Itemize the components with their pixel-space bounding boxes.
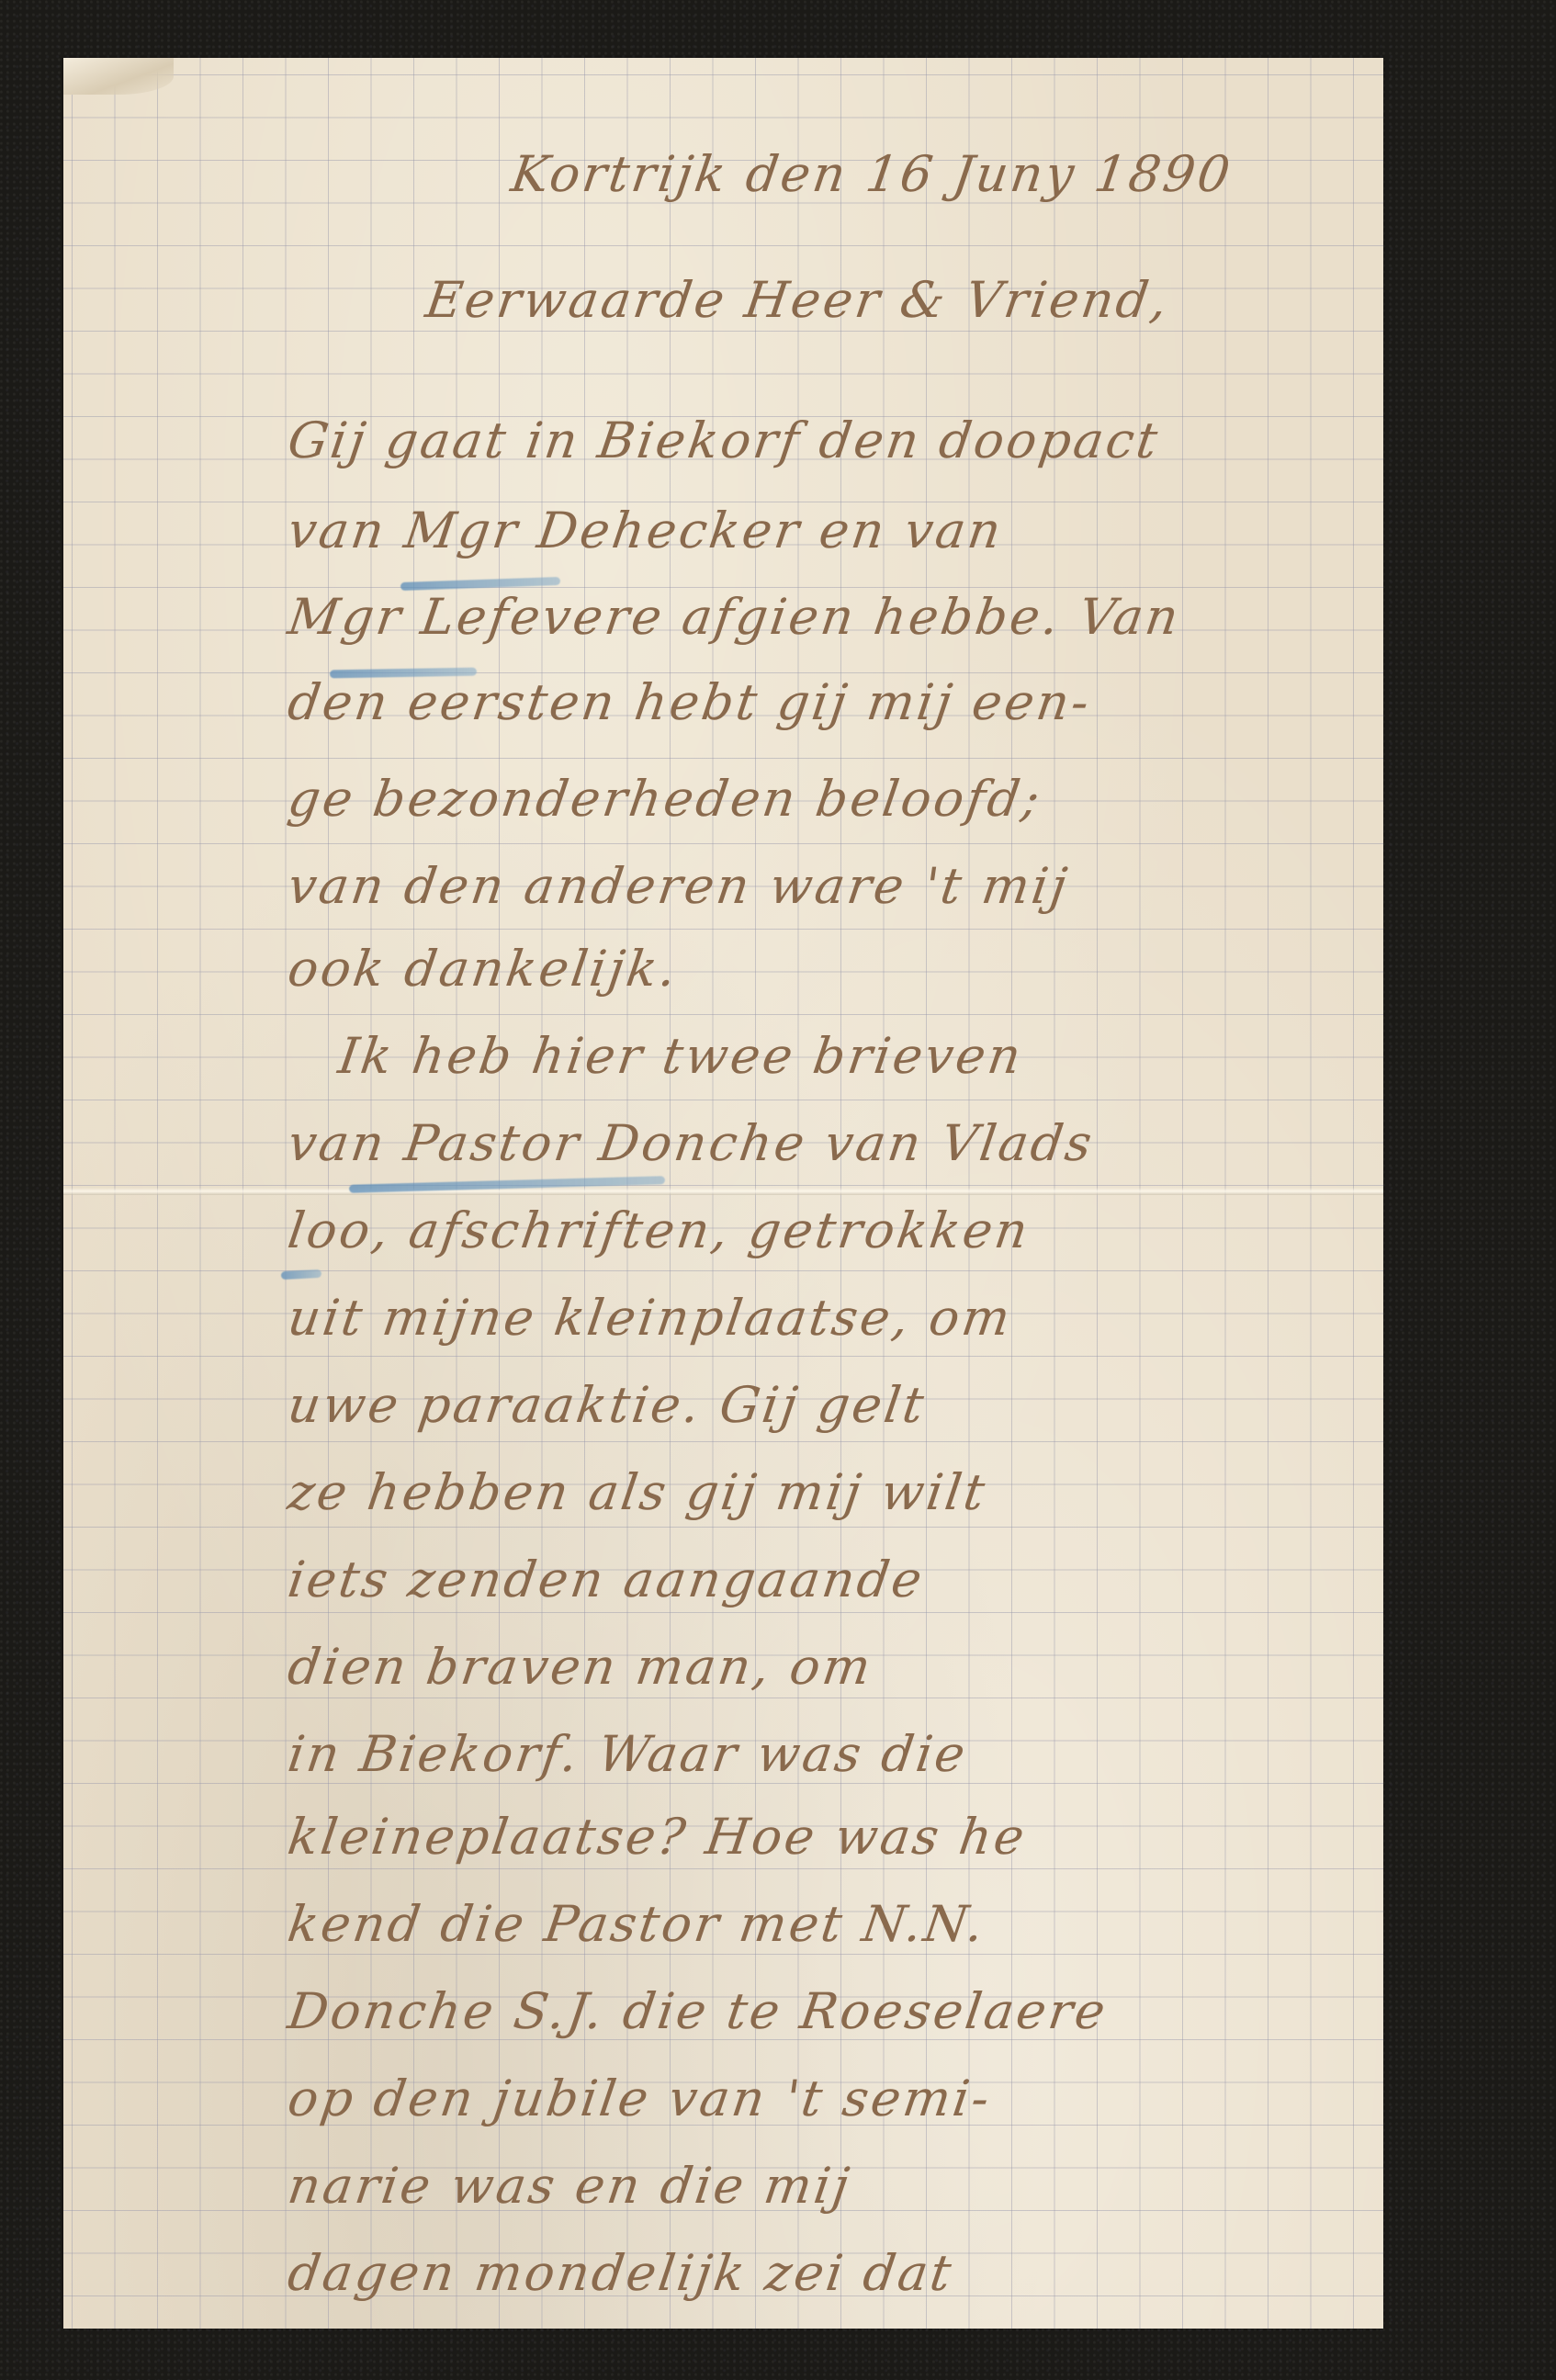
letter-line: ze hebben als gij mij wilt [285, 1468, 990, 1517]
letter-line: dien braven man, om [285, 1642, 876, 1692]
letter-line: van den anderen ware 't mij [285, 862, 1072, 911]
letter-line: uit mijne kleinplaatse, om [285, 1293, 1015, 1343]
letter-line: uwe paraaktie. Gij gelt [285, 1381, 929, 1430]
blue-pencil-underline [281, 1269, 321, 1280]
paper-fold-crease [63, 1188, 1383, 1195]
letter-line: Gij gaat in Biekorf den doopact [285, 416, 1163, 466]
letter-line: kend die Pastor met N.N. [285, 1900, 989, 1949]
letter-line: den eersten hebt gij mij een- [285, 678, 1094, 728]
letter-line: ge bezonderheden beloofd; [285, 774, 1045, 824]
letter-salutation: Eerwaarde Heer & Vriend, [423, 276, 1173, 325]
letter-dateline: Kortrijk den 16 Juny 1890 [508, 150, 1235, 199]
letter-line: iets zenden aangaande [285, 1555, 927, 1605]
letter-line: narie was en die mij [285, 2161, 854, 2211]
letter-line: Ik heb hier twee brieven [335, 1032, 1026, 1081]
letter-line: op den jubile van 't semi- [285, 2074, 995, 2124]
letter-line: in Biekorf. Waar was die [285, 1730, 970, 1779]
letter-line: dagen mondelijk zei dat [285, 2249, 956, 2298]
letter-line: van Pastor Donche van Vlads [285, 1119, 1097, 1168]
letter-line: van Mgr Dehecker en van [285, 506, 1006, 556]
letter-line: ook dankelijk. [285, 944, 682, 994]
letter-sheet: Kortrijk den 16 Juny 1890 Eerwaarde Heer… [63, 58, 1383, 2329]
folded-corner [63, 58, 174, 95]
letter-line: Mgr Lefevere afgien hebbe. Van [285, 592, 1184, 642]
letter-line: loo, afschriften, getrokken [285, 1206, 1033, 1256]
letter-line: Donche S.J. die te Roeselaere [285, 1987, 1111, 2036]
letter-line: kleineplaatse? Hoe was he [285, 1812, 1030, 1862]
